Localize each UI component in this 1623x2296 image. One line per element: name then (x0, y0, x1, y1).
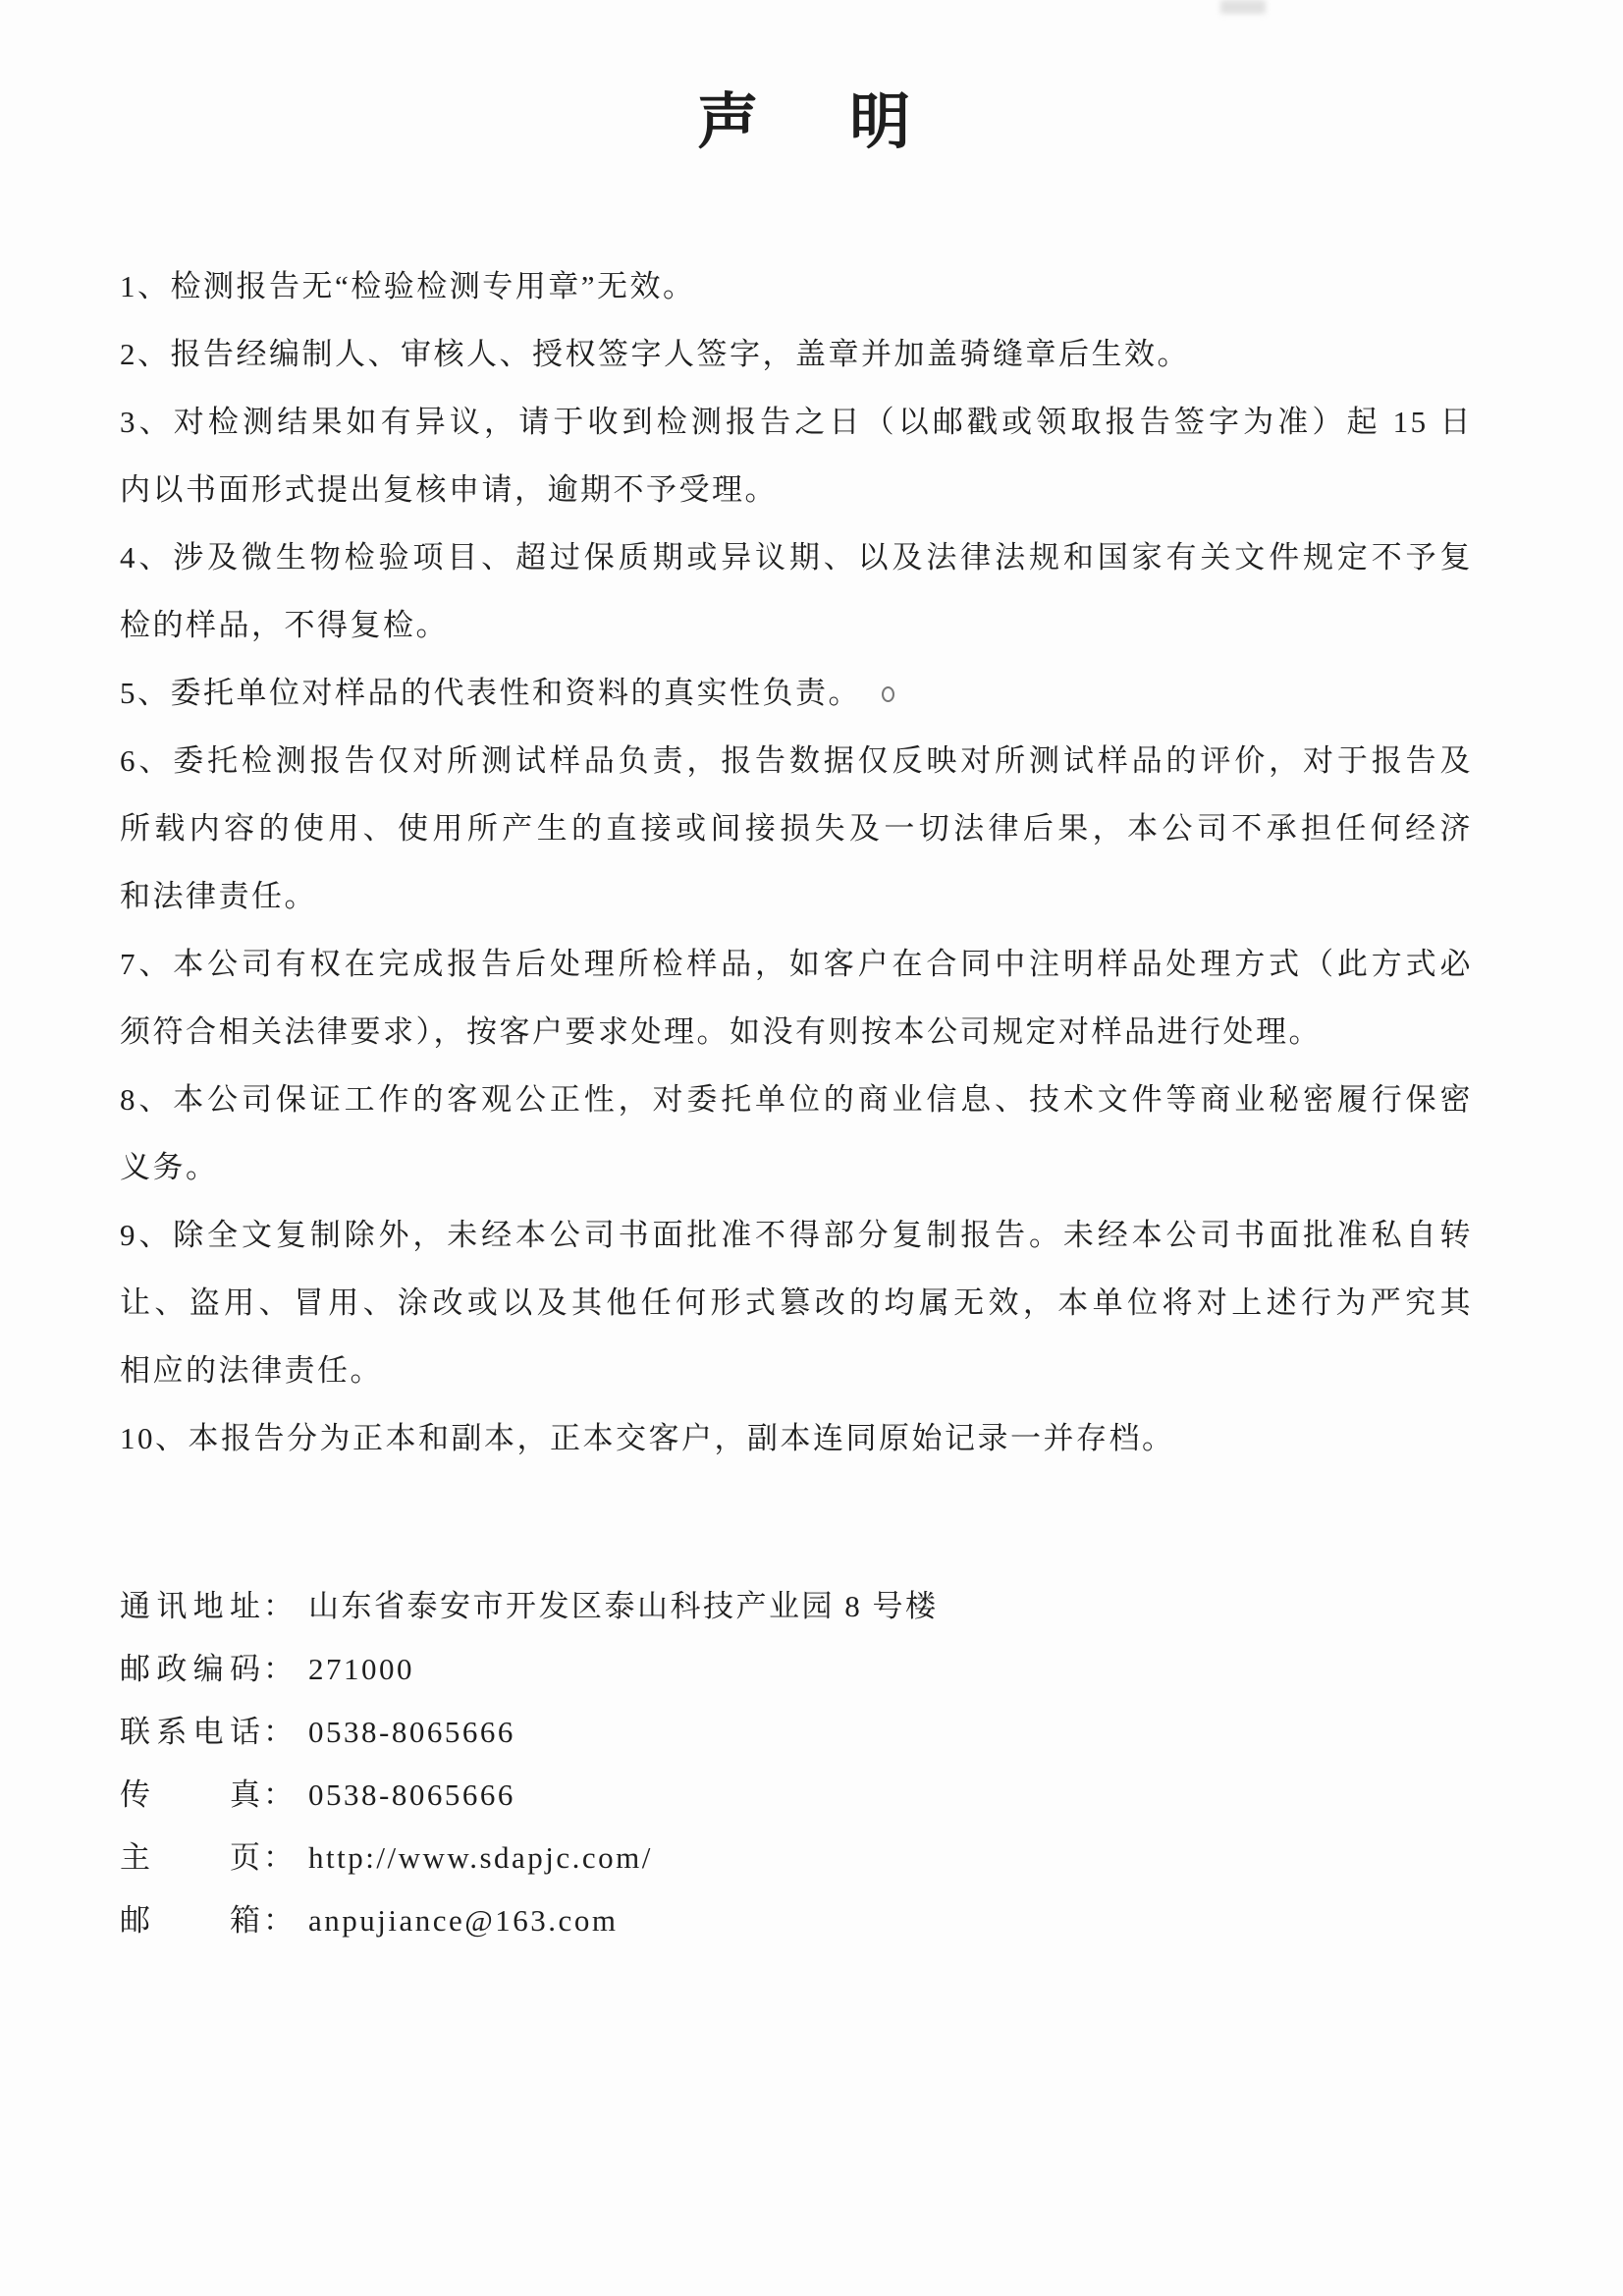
contact-label: 通讯地址 (120, 1575, 263, 1638)
statement: 10、本报告分为正本和副本，正本交客户，副本连同原始记录一并存档。 (120, 1404, 1473, 1472)
scan-smudge (1220, 0, 1266, 14)
page-title: 声 明 (0, 86, 1623, 159)
statement-line: 须符合相关法律要求），按客户要求处理。如没有则按本公司规定对样品进行处理。 (120, 998, 1473, 1066)
contact-row: 联系电话：0538-8065666 (120, 1701, 1473, 1764)
contact-label: 主页 (120, 1827, 263, 1889)
declaration-page: 声 明 1、检测报告无“检验检测专用章”无效。2、报告经编制人、审核人、授权签字… (0, 0, 1623, 2296)
contact-value: 271000 (308, 1652, 414, 1686)
statement-line: 7、本公司有权在完成报告后处理所检样品，如客户在合同中注明样品处理方式（此方式必 (120, 930, 1473, 998)
statement-line: 3、对检测结果如有异议，请于收到检测报告之日（以邮戳或领取报告签字为准）起 15… (120, 388, 1473, 456)
statement: 9、除全文复制除外，未经本公司书面批准不得部分复制报告。未经本公司书面批准私自转… (120, 1201, 1473, 1404)
statement: 3、对检测结果如有异议，请于收到检测报告之日（以邮戳或领取报告签字为准）起 15… (120, 388, 1473, 523)
statement-line: 1、检测报告无“检验检测专用章”无效。 (120, 252, 1473, 320)
contact-row: 主页：http://www.sdapjc.com/ (120, 1827, 1473, 1889)
statement-line: 让、盗用、冒用、涂改或以及其他任何形式篡改的均属无效，本单位将对上述行为严究其 (120, 1269, 1473, 1337)
statement-line: 和法律责任。 (120, 862, 1473, 930)
contact-label: 联系电话 (120, 1701, 263, 1764)
contact-label: 传真 (120, 1764, 263, 1827)
contact-row: 邮箱：anpujiance@163.com (120, 1889, 1473, 1952)
contact-colon: ： (263, 1701, 297, 1764)
contact-row: 邮政编码：271000 (120, 1638, 1473, 1701)
statement: 8、本公司保证工作的客观公正性，对委托单位的商业信息、技术文件等商业秘密履行保密… (120, 1066, 1473, 1201)
statement-line: 10、本报告分为正本和副本，正本交客户，副本连同原始记录一并存档。 (120, 1404, 1473, 1472)
contact-label: 邮箱 (120, 1889, 263, 1952)
statement-line: 4、涉及微生物检验项目、超过保质期或异议期、以及法律法规和国家有关文件规定不予复 (120, 523, 1473, 591)
statements-list: 1、检测报告无“检验检测专用章”无效。2、报告经编制人、审核人、授权签字人签字，… (120, 252, 1473, 1472)
statement: 2、报告经编制人、审核人、授权签字人签字，盖章并加盖骑缝章后生效。 (120, 320, 1473, 388)
statement-line: 相应的法律责任。 (120, 1337, 1473, 1404)
statement-line: 所载内容的使用、使用所产生的直接或间接损失及一切法律后果，本公司不承担任何经济 (120, 794, 1473, 862)
contact-colon: ： (263, 1827, 297, 1889)
statement: 7、本公司有权在完成报告后处理所检样品，如客户在合同中注明样品处理方式（此方式必… (120, 930, 1473, 1066)
statement: 6、委托检测报告仅对所测试样品负责，报告数据仅反映对所测试样品的评价，对于报告及… (120, 727, 1473, 930)
statement-line: 8、本公司保证工作的客观公正性，对委托单位的商业信息、技术文件等商业秘密履行保密 (120, 1066, 1473, 1133)
contact-row: 通讯地址：山东省泰安市开发区泰山科技产业园 8 号楼 (120, 1575, 1473, 1638)
statement-line: 6、委托检测报告仅对所测试样品负责，报告数据仅反映对所测试样品的评价，对于报告及 (120, 727, 1473, 794)
contact-value: 0538-8065666 (308, 1777, 515, 1812)
statement-line: 义务。 (120, 1133, 1473, 1201)
statement-line: 内以书面形式提出复核申请，逾期不予受理。 (120, 456, 1473, 523)
contact-value: anpujiance@163.com (308, 1903, 618, 1938)
statement: 4、涉及微生物检验项目、超过保质期或异议期、以及法律法规和国家有关文件规定不予复… (120, 523, 1473, 659)
contact-colon: ： (263, 1638, 297, 1701)
contact-value: http://www.sdapjc.com/ (308, 1840, 653, 1875)
contact-block: 通讯地址：山东省泰安市开发区泰山科技产业园 8 号楼邮政编码：271000联系电… (120, 1575, 1473, 1952)
statement-line: 2、报告经编制人、审核人、授权签字人签字，盖章并加盖骑缝章后生效。 (120, 320, 1473, 388)
contact-value: 山东省泰安市开发区泰山科技产业园 8 号楼 (308, 1589, 939, 1623)
contact-colon: ： (263, 1889, 297, 1952)
contact-colon: ： (263, 1764, 297, 1827)
scan-speck (882, 686, 894, 702)
statement-line: 9、除全文复制除外，未经本公司书面批准不得部分复制报告。未经本公司书面批准私自转 (120, 1201, 1473, 1269)
statement: 1、检测报告无“检验检测专用章”无效。 (120, 252, 1473, 320)
contact-label: 邮政编码 (120, 1638, 263, 1701)
statement: 5、委托单位对样品的代表性和资料的真实性负责。 (120, 659, 1473, 727)
statement-line: 检的样品，不得复检。 (120, 591, 1473, 659)
contact-colon: ： (263, 1575, 297, 1638)
contact-row: 传真：0538-8065666 (120, 1764, 1473, 1827)
contact-value: 0538-8065666 (308, 1715, 515, 1749)
statement-line: 5、委托单位对样品的代表性和资料的真实性负责。 (120, 659, 1473, 727)
